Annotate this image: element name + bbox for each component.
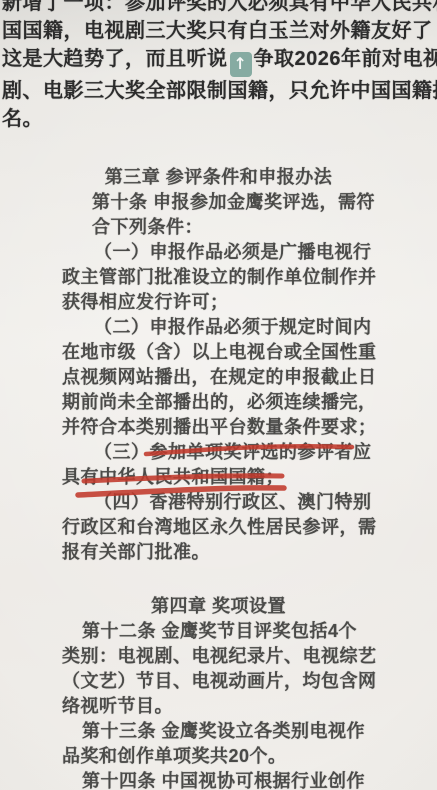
intro-line: 名。 [2, 105, 437, 133]
body-line: （二）申报作品必须于规定时间内 [94, 315, 437, 340]
regulation-body: 第三章 参评条件和申报办法 第十条 申报参加金鹰奖评选，需符 合下列条件： （一… [0, 165, 437, 790]
intro-line: 剧、电影三大奖全部限制国籍，只允许中国国籍报 [2, 77, 437, 105]
body-line: 期前尚未全部播出的，必须连续播完， [62, 390, 437, 415]
body-line: 行政区和台湾地区永久性居民参评，需 [62, 515, 437, 540]
section-gap [0, 565, 437, 594]
body-line: 类别：电视剧、电视纪录片、电视综艺 [62, 644, 437, 669]
body-line: （四）香港特别行政区、澳门特别 [94, 490, 437, 515]
body-line-underline-target: 具有中华人民共和国国籍； [62, 465, 437, 490]
document-photo: 新增了一项：参加评奖的人必须具有中华人民共和 国国籍，电视剧三大奖只有白玉兰对外… [0, 0, 437, 790]
body-line: 品奖和创作单项奖共20个。 [62, 744, 437, 769]
intro-line: 国国籍，电视剧三大奖只有白玉兰对外籍友好了 [2, 17, 437, 45]
body-line: 并符合本类别播出平台数量条件要求； [62, 415, 437, 440]
chapter3-heading: 第三章 参评条件和申报办法 [0, 165, 437, 190]
body-line: 第十条 申报参加金鹰奖评选，需符 [92, 190, 437, 215]
body-line: 第十四条 中国视协可根据行业创作 [82, 769, 437, 790]
body-line: （文艺）节目、电视动画片，均包含网 [62, 669, 437, 694]
body-line: 点视频网站播出，在规定的申报截止日 [62, 365, 437, 390]
chapter4-heading: 第四章 奖项设置 [0, 594, 437, 619]
body-line: 第十二条 金鹰奖节目评奖包括4个 [82, 619, 437, 644]
intro-paragraph: 新增了一项：参加评奖的人必须具有中华人民共和 国国籍，电视剧三大奖只有白玉兰对外… [0, 0, 437, 133]
body-line: 第十三条 金鹰奖设立各类别电视作 [82, 719, 437, 744]
intro-line: 这是大趋势了，而且听说↑争取2026年前对电视 [2, 45, 437, 77]
body-line: 政主管部门批准设立的制作单位制作并 [62, 265, 437, 290]
body-line-strikethrough-target: （三）参加单项奖评选的参评者应 [94, 440, 437, 465]
body-line: 合下列条件： [92, 215, 437, 240]
intro-line-text: 这是大趋势了，而且听说 [2, 48, 228, 70]
body-line: （一）申报作品必须是广播电视行 [94, 240, 437, 265]
up-arrow-icon: ↑ [230, 52, 252, 77]
intro-line-text: 争取2026年前对电视 [254, 48, 437, 70]
body-line: 络视听节目。 [62, 694, 437, 719]
intro-line: 新增了一项：参加评奖的人必须具有中华人民共和 [2, 0, 437, 17]
body-line: 报有关部门批准。 [62, 540, 437, 565]
body-line: 获得相应发行许可； [62, 290, 437, 315]
body-line: 在地市级（含）以上电视台或全国性重 [62, 340, 437, 365]
